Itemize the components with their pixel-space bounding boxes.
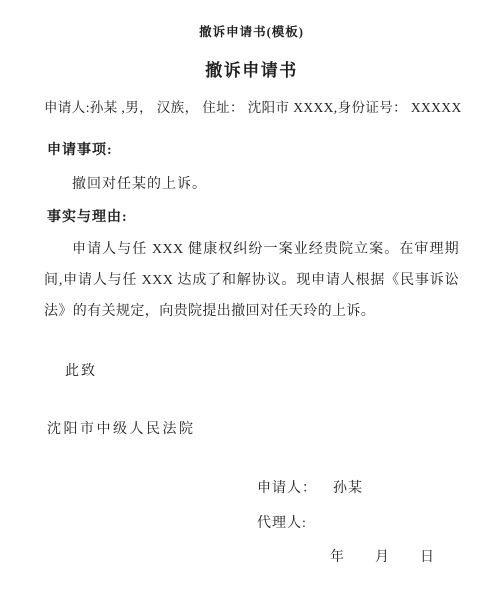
document-title: 撤诉申请书 <box>44 56 459 81</box>
document-page: 撤诉申请书(模板) 撤诉申请书 申请人:孙某 ,男， 汉族， 住址： 沈阳市 X… <box>0 0 499 600</box>
applicant-info-line: 申请人:孙某 ,男， 汉族， 住址： 沈阳市 XXXX,身份证号： XXXXX <box>44 96 459 116</box>
request-section-heading: 申请事项: <box>44 139 459 159</box>
salute-line: 此致 <box>44 360 459 380</box>
signature-applicant-label: 申请人： <box>257 481 317 496</box>
signature-applicant-name: 孙某 <box>333 477 363 497</box>
document-subtitle: 撤诉申请书(模板) <box>44 22 459 40</box>
signature-applicant-row: 申请人：孙某 <box>257 477 459 497</box>
signature-block: 申请人：孙某 代理人: 年 月 日 <box>44 477 459 566</box>
facts-section-heading: 事实与理由: <box>44 206 459 226</box>
signature-date-line: 年 月 日 <box>330 546 459 566</box>
facts-section-paragraph: 申请人与任 XXX 健康权纠纷一案业经贵院立案。在审理期间,申请人与任 XXX … <box>44 234 459 327</box>
request-section-body: 撤回对任某的上诉。 <box>44 173 459 193</box>
court-name-line: 沈阳市中级人民法院 <box>44 418 459 438</box>
signature-agent-label: 代理人: <box>257 512 459 532</box>
